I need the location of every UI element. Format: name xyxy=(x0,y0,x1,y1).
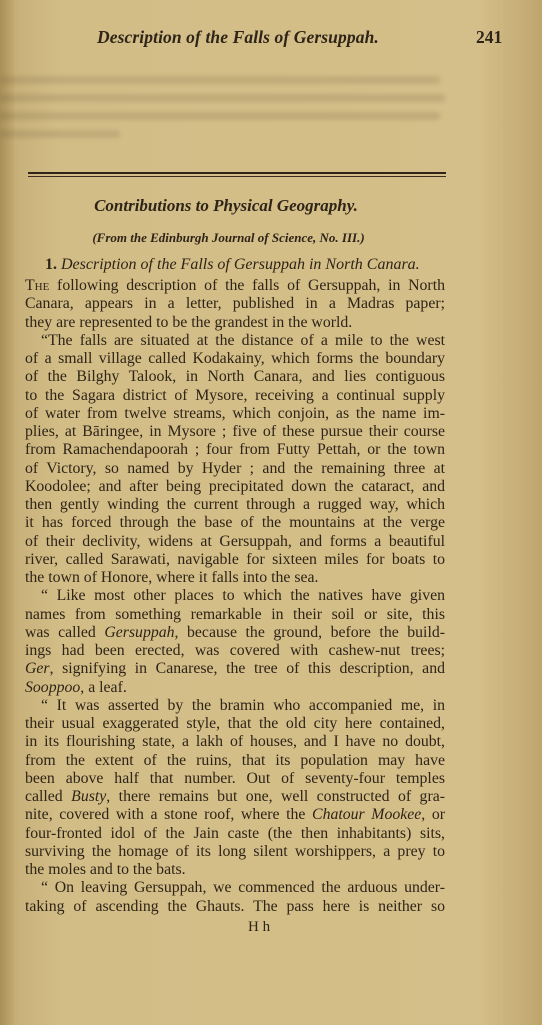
text-line: they are represented to be the grandest … xyxy=(25,314,445,332)
text-line: Ger, signifying in Canarese, the tree of… xyxy=(25,660,445,678)
text-line: the town of Honore, where it falls into … xyxy=(25,569,445,587)
section-title: Contributions to Physical Geography. xyxy=(0,196,542,216)
text-line: from Ramachendapoorah ; four from Futty … xyxy=(25,441,445,459)
text-line: The following description of the falls o… xyxy=(25,277,445,295)
text-line: was called Gersuppah, because the ground… xyxy=(25,624,445,642)
text-line: the moles and to the bats. xyxy=(25,861,445,879)
italic-term: Sooppoo xyxy=(25,679,80,696)
text-line: in its flourishing state, a lakh of hous… xyxy=(25,733,445,751)
text-line: “ Like most other places to which the na… xyxy=(25,587,445,605)
text-line: “ On leaving Gersuppah, we commenced the… xyxy=(25,879,445,897)
running-head-title: Description of the Falls of Gersuppah. xyxy=(97,27,447,48)
text-line: of water from twelve streams, which conj… xyxy=(25,405,445,423)
text-line: “The falls are situated at the distance … xyxy=(25,332,445,350)
italic-term: Chatour Mookee xyxy=(312,806,421,823)
text-line: “ It was asserted by the bramin who acco… xyxy=(25,697,445,715)
text-line: of Victory, so named by Hyder ; and the … xyxy=(25,460,445,478)
text-line: been above half that number. Out of seve… xyxy=(25,770,445,788)
text-line: of their declivity, widens at Gersuppah,… xyxy=(25,533,445,551)
text-line: from the extent of the ruins, that its p… xyxy=(25,752,445,770)
text-line: plies, at Bāringee, in Mysore ; five of … xyxy=(25,423,445,441)
source-citation: (From the Edinburgh Journal of Science, … xyxy=(0,230,542,246)
section-title-text: Contributions to Physical Geography. xyxy=(94,196,358,216)
text-line: called Busty, there remains but one, wel… xyxy=(25,788,445,806)
section-divider-rule-thin xyxy=(28,176,446,177)
text-line: nite, covered with a stone roof, where t… xyxy=(25,806,445,824)
text-line: it has forced through the base of the mo… xyxy=(25,514,445,532)
text-line: then gently winding the current through … xyxy=(25,496,445,514)
text-line: Koodolee; and after being precipitated d… xyxy=(25,478,445,496)
text-line: names from something remarkable in their… xyxy=(25,606,445,624)
text-line: taking of ascending the Ghauts. The pass… xyxy=(25,898,445,916)
text-line: surviving the homage of its long silent … xyxy=(25,843,445,861)
text-line: their usual exaggerated style, that the … xyxy=(25,715,445,733)
italic-term: Busty xyxy=(71,788,106,805)
article-heading: 1. Description of the Falls of Gersuppah… xyxy=(45,256,420,274)
page-number: 241 xyxy=(476,27,502,48)
source-citation-text: (From the Edinburgh Journal of Science, … xyxy=(92,230,364,246)
text-line: to the Sagara district of Mysore, receiv… xyxy=(25,387,445,405)
signature-mark: H h xyxy=(248,919,270,936)
italic-term: Gersuppah xyxy=(104,624,174,641)
text-line: four-fronted idol of the Jain caste (the… xyxy=(25,825,445,843)
italic-term: Ger xyxy=(25,660,50,677)
text-line: Sooppoo, a leaf. xyxy=(25,679,445,697)
text-line: ings had been erected, was covered with … xyxy=(25,642,445,660)
text-line: river, called Sarawati, navigable for si… xyxy=(25,551,445,569)
small-caps-word: The xyxy=(25,277,49,294)
text-line: of the Bilghy Talook, in North Canara, a… xyxy=(25,368,445,386)
article-title: Description of the Falls of Gersuppah in… xyxy=(61,256,420,273)
article-body: The following description of the falls o… xyxy=(25,277,445,916)
text-line: Canara, appears in a letter, published i… xyxy=(25,295,445,313)
article-number: 1. xyxy=(45,256,57,273)
book-page: Description of the Falls of Gersuppah. 2… xyxy=(0,0,542,1025)
bleed-through-text xyxy=(0,66,450,156)
text-line: of a small village called Kodakainy, whi… xyxy=(25,350,445,368)
section-divider-rule xyxy=(28,172,446,174)
